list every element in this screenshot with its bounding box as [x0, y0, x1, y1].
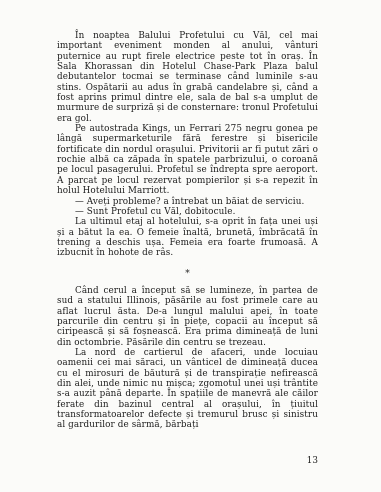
book-page: În noaptea Balului Profetului cu Văl, ce… — [0, 0, 381, 492]
dialogue-paragraph: — Sunt Profetul cu Văl, dobitocule. — [57, 207, 318, 217]
paragraph: În noaptea Balului Profetului cu Văl, ce… — [57, 31, 318, 124]
section-separator: * — [57, 269, 318, 279]
paragraph: Pe autostrada Kings, un Ferrari 275 negr… — [57, 124, 318, 196]
page-number: 13 — [57, 456, 318, 466]
dialogue-paragraph: — Aveți probleme? a întrebat un băiat de… — [57, 197, 318, 207]
paragraph: La nord de cartierul de afaceri, unde lo… — [57, 348, 318, 431]
page-text: În noaptea Balului Profetului cu Văl, ce… — [57, 31, 318, 431]
paragraph: Când cerul a început să se lumineze, în … — [57, 286, 318, 348]
paragraph: La ultimul etaj al hotelului, s-a oprit … — [57, 217, 318, 258]
